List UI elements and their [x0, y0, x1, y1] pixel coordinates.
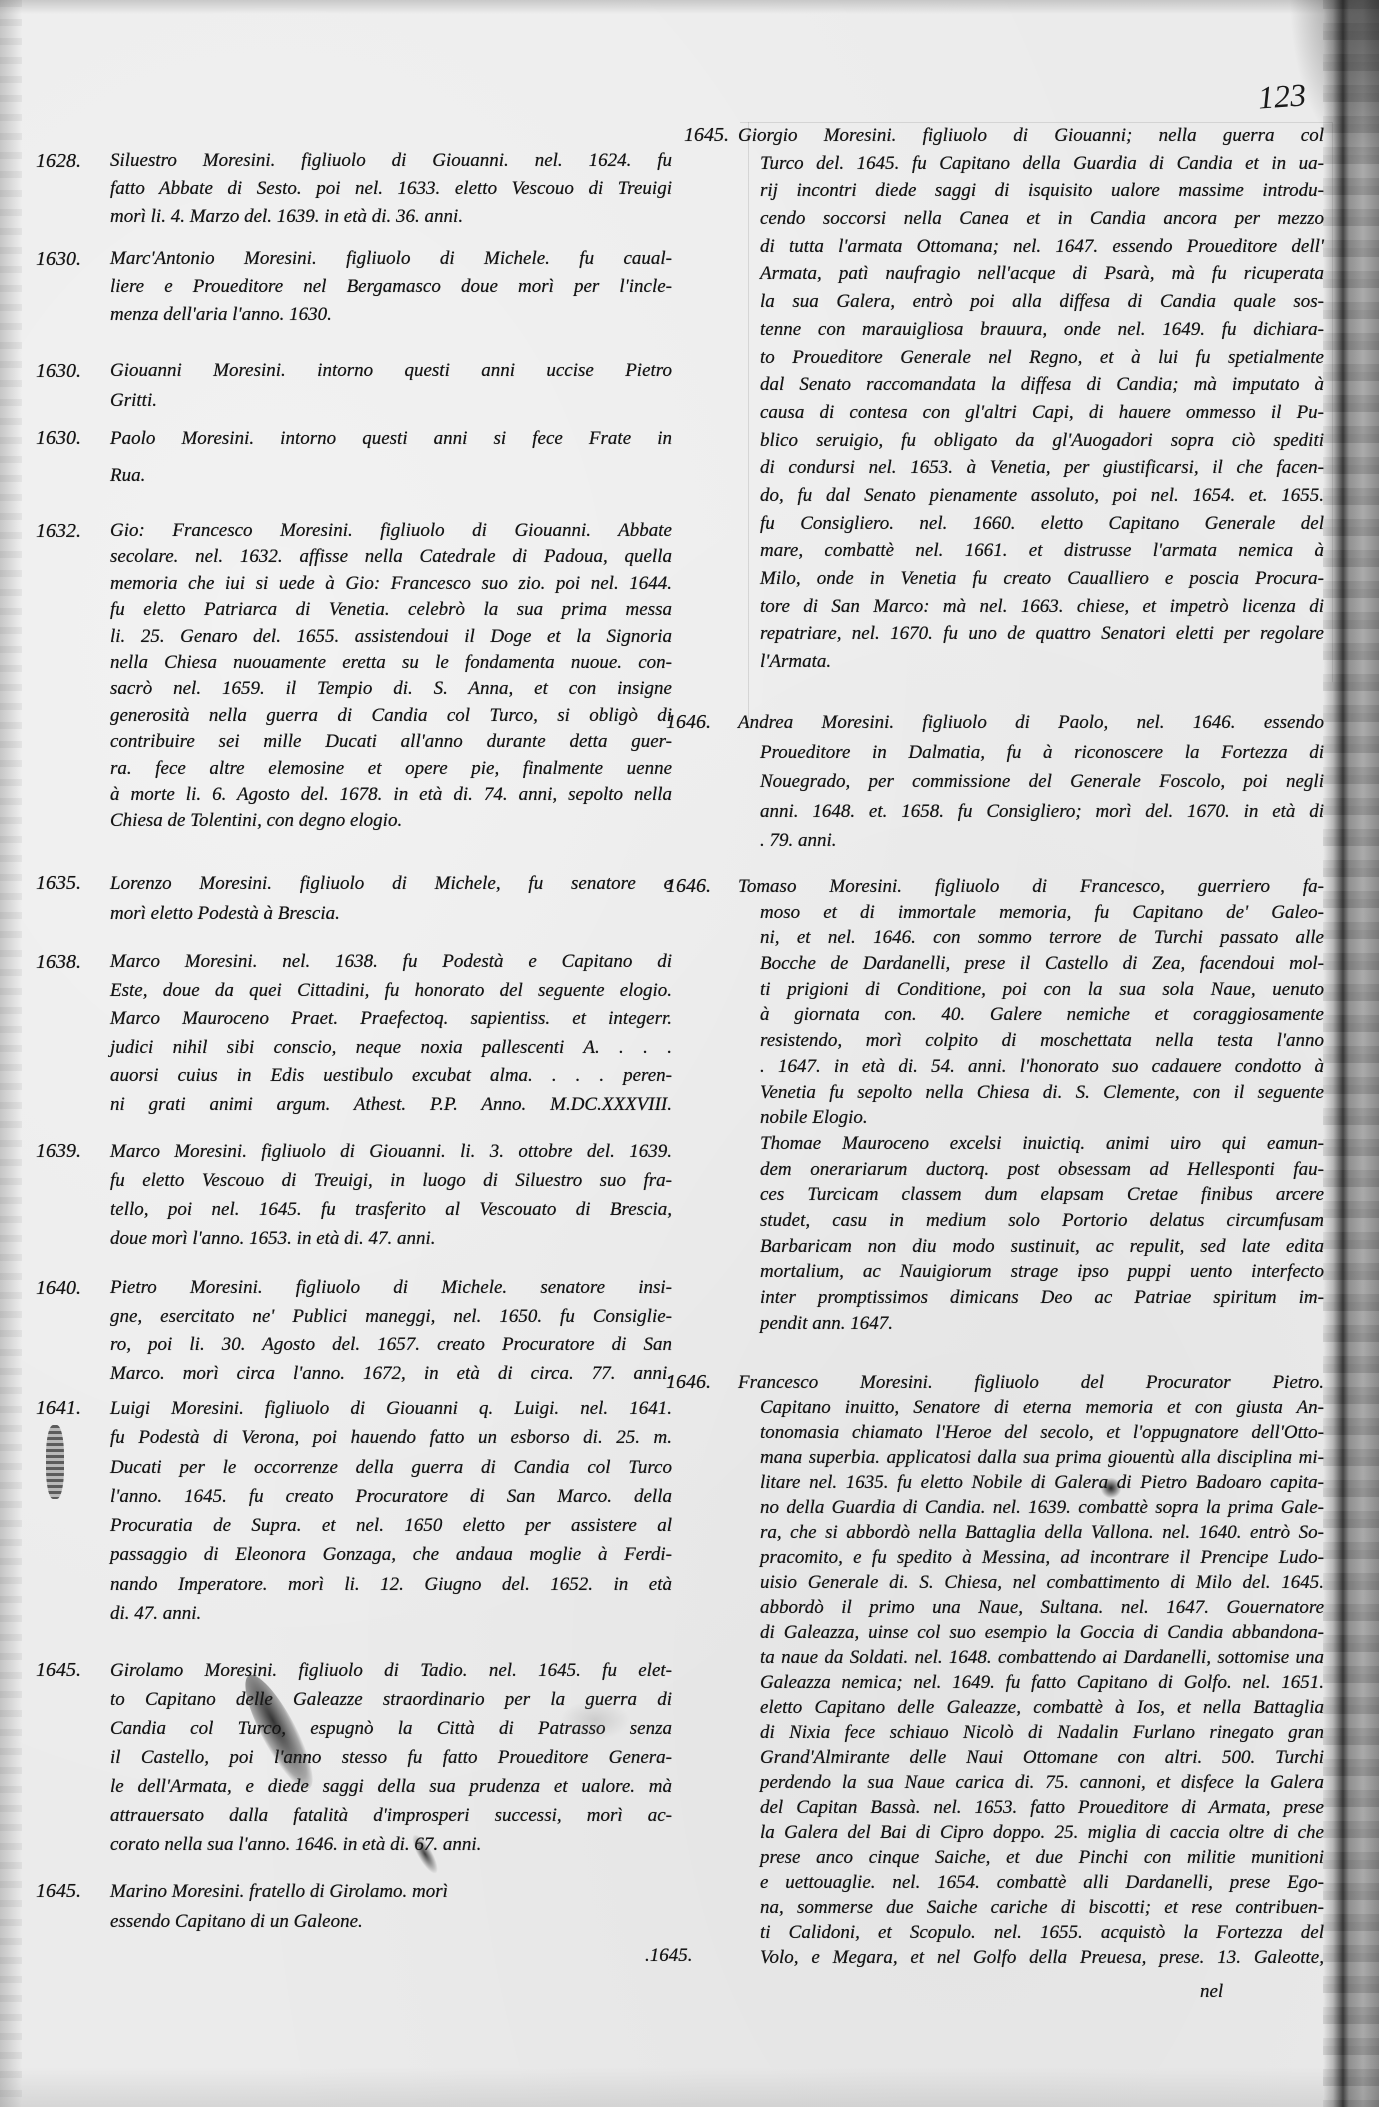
entry-line: gne, esercitato ne' Publici maneggi, nel…	[110, 1303, 672, 1332]
entry-1640-pietro-moresini: 1640. Pietro Moresini. figliuolo di Mich…	[110, 1274, 672, 1389]
paper-stain	[560, 1700, 630, 1740]
entry-line: eletto Capitano delle Galeazze, combattè…	[760, 1695, 1324, 1720]
entry-line: morì eletto Podestà à Brescia.	[110, 899, 672, 929]
entry-1641-luigi-moresini: 1641. Luigi Moresini. figliuolo di Gioua…	[110, 1394, 672, 1628]
entry-line: nobile Elogio.	[760, 1105, 1324, 1131]
entry-1635-lorenzo-moresini: 1635. Lorenzo Moresini. figliuolo di Mic…	[110, 869, 672, 928]
entry-line: Marc'Antonio Moresini. figliuolo di Mich…	[110, 245, 672, 273]
entry-line: Lorenzo Moresini. figliuolo di Michele, …	[110, 869, 672, 899]
entry-year: 1645.	[36, 1656, 81, 1685]
entry-year: 1646.	[666, 874, 711, 900]
entry-line: to Proueditore Generale nel Regno, et à …	[760, 344, 1324, 372]
catchword-right: nel	[1200, 1981, 1223, 2003]
entry-line: Armata, patì naufragio nell'acque di Psa…	[760, 260, 1324, 288]
entry-line: . 1647. in età di. 54. anni. l'honorato …	[760, 1054, 1324, 1080]
elogio-line: Marco Mauroceno Praet. Praefectoq. sapie…	[110, 1005, 672, 1034]
margin-ink-mark	[46, 1425, 64, 1499]
entry-line: Marco Moresini. figliuolo di Giouanni. l…	[110, 1137, 672, 1166]
entry-line: tello, poi nel. 1645. fu trasferito al V…	[110, 1195, 672, 1224]
entry-line: Siluestro Moresini. figliuolo di Giouann…	[110, 147, 672, 175]
entry-line: e uettouaglie. nel. 1654. combattè alli …	[760, 1870, 1324, 1895]
entry-line: fu Consigliero. nel. 1660. eletto Capita…	[760, 510, 1324, 538]
entry-line: liere e Proueditore nel Bergamasco doue …	[110, 273, 672, 301]
entry-1630-paolo-moresini: 1630. Paolo Moresini. intorno questi ann…	[110, 420, 672, 494]
entry-line: Marco Moresini. nel. 1638. fu Podestà e …	[110, 948, 672, 977]
entry-line: ti Calidoni, et Scopulo. nel. 1655. acqu…	[760, 1920, 1324, 1945]
entry-year: 1630.	[36, 356, 81, 386]
entry-year: 1638.	[36, 948, 81, 977]
entry-line: nando Imperatore. morì li. 12. Giugno de…	[110, 1570, 672, 1599]
page-number: 123	[1257, 76, 1307, 116]
entry-line: la Galera del Bai di Cipro doppo. 25. mi…	[760, 1820, 1324, 1845]
entry-line: litare nel. 1635. fu eletto Nobile di Ga…	[760, 1470, 1324, 1495]
entry-line: causa di contesa con gl'altri Capi, di h…	[760, 399, 1324, 427]
entry-line: Venetia fu sepolto nella Chiesa di. S. C…	[760, 1080, 1324, 1106]
entry-line: tore di San Marco: mà nel. 1663. chiese,…	[760, 593, 1324, 621]
entry-1630-giouanni-moresini: 1630. Giouanni Moresini. intorno questi …	[110, 356, 672, 416]
entry-year: 1646.	[666, 1370, 711, 1395]
entry-line: di condursi nel. 1653. à Venetia, per gi…	[760, 454, 1324, 482]
entry-line: ra, che si abbordò nella Battaglia della…	[760, 1520, 1324, 1545]
entry-line: Luigi Moresini. figliuolo di Giouanni q.…	[110, 1394, 672, 1423]
entry-year: 1635.	[36, 869, 81, 899]
entry-line: resistendo, morì colpito di moschettata …	[760, 1028, 1324, 1054]
entry-line: fu Podestà di Verona, poi hauendo fatto …	[110, 1423, 672, 1452]
entry-line: essendo Capitano di un Galeone.	[110, 1907, 672, 1937]
entry-line: doue morì l'anno. 1653. in età di. 47. a…	[110, 1224, 672, 1253]
entry-1646-andrea-moresini: 1646. Andrea Moresini. figliuolo di Paol…	[760, 708, 1324, 856]
entry-line: Proueditore in Dalmatia, fu à riconoscer…	[760, 738, 1324, 768]
entry-1639-marco-moresini: 1639. Marco Moresini. figliuolo di Gioua…	[110, 1137, 672, 1253]
entry-line: ta naue da Soldati. nel. 1648. combatten…	[760, 1645, 1324, 1670]
entry-line: Marco. morì circa l'anno. 1672, in età d…	[110, 1360, 672, 1389]
elogio-line: auorsi cuius in Edis uestibulo excubat a…	[110, 1062, 672, 1091]
entry-line: Grand'Almirante delle Naui Ottomane con …	[760, 1745, 1324, 1770]
entry-line: fatto Abbate di Sesto. poi nel. 1633. el…	[110, 175, 672, 203]
entry-line: attrauersato dalla fatalità d'improsperi…	[110, 1801, 672, 1830]
entry-line: Francesco Moresini. figliuolo del Procur…	[738, 1370, 1324, 1395]
catchword-left: .1645.	[645, 1945, 693, 1967]
entry-line: la sua Galera, entrò poi alla diffesa di…	[760, 288, 1324, 316]
entry-line: ti prigioni di Conditione, poi con la su…	[760, 977, 1324, 1003]
entry-line: dal Senato raccomandata la diffesa di Ca…	[760, 371, 1324, 399]
entry-line: tonomasia chiamato l'Heroe del secolo, e…	[760, 1420, 1324, 1445]
entry-line: le dell'Armata, e diede saggi della sua …	[110, 1772, 672, 1801]
entry-line: menza dell'aria l'anno. 1630.	[110, 301, 672, 329]
entry-line: Nouegrado, per commissione del Generale …	[760, 767, 1324, 797]
entry-line: Gio: Francesco Moresini. figliuolo di Gi…	[110, 518, 672, 544]
entry-line: Procuratia de Supra. et nel. 1650 eletto…	[110, 1511, 672, 1540]
entry-year: 1630.	[36, 245, 81, 273]
elogio-line: Thomae Mauroceno excelsi inuictiq. animi…	[760, 1131, 1324, 1157]
entry-line: Andrea Moresini. figliuolo di Paolo, nel…	[738, 708, 1324, 738]
entry-line: il Castello, poi l'anno stesso fu fatto …	[110, 1743, 672, 1772]
entry-line: ni, et nel. 1646. con sommo terrore de T…	[760, 925, 1324, 951]
entry-line: l'Armata.	[760, 648, 1324, 676]
entry-line: Giouanni Moresini. intorno questi anni u…	[110, 356, 672, 386]
entry-line: abbordò il primo una Naue, Sultana. nel.…	[760, 1595, 1324, 1620]
ruled-line-column-margin	[748, 122, 749, 722]
paper-edge-left	[0, 0, 22, 2107]
entry-line: anni. 1648. et. 1658. fu Consigliero; mo…	[760, 797, 1324, 827]
entry-line: Gritti.	[110, 386, 672, 416]
elogio-line: mortalium, ac Nauigiorum strage ipso pup…	[760, 1259, 1324, 1285]
entry-line: sacrò nel. 1659. il Tempio di. S. Anna, …	[110, 676, 672, 702]
entry-1645-giorgio-moresini: 1645. Giorgio Moresini. figliuolo di Gio…	[760, 122, 1324, 676]
entry-line: Rua.	[110, 457, 672, 494]
entry-year: 1645.	[684, 122, 729, 150]
entry-line: morì li. 4. Marzo del. 1639. in età di. …	[110, 203, 672, 231]
entry-line: Chiesa de Tolentini, con degno elogio.	[110, 808, 672, 834]
entry-line: memoria che iui si uede à Gio: Francesco…	[110, 571, 672, 597]
ruled-line-right-margin	[1332, 122, 1333, 682]
entry-line: moso et di immortale memoria, fu Capitan…	[760, 900, 1324, 926]
entry-line: di Galeazza, uinse col suo esempio la Go…	[760, 1620, 1324, 1645]
manuscript-page: 123 1628. Siluestro Moresini. figliuolo …	[0, 0, 1379, 2107]
entry-line: blico seruigio, fu obligato da gl'Auogad…	[760, 427, 1324, 455]
entry-line: Tomaso Moresini. figliuolo di Francesco,…	[738, 874, 1324, 900]
entry-year: 1630.	[36, 420, 81, 457]
entry-line: rij incontri diede saggi di isquisito ua…	[760, 177, 1324, 205]
entry-line: Girolamo Moresini. figliuolo di Tadio. n…	[110, 1656, 672, 1685]
entry-line: l'anno. 1645. fu creato Procuratore di S…	[110, 1482, 672, 1511]
entry-line: ro, poi li. 30. Agosto del. 1657. creato…	[110, 1331, 672, 1360]
entry-line: Pietro Moresini. figliuolo di Michele. s…	[110, 1274, 672, 1303]
entry-line: ra. fece altre elemosine et opere pie, f…	[110, 756, 672, 782]
elogio-line: judici nihil sibi conscio, neque noxia p…	[110, 1034, 672, 1063]
elogio-line: inter promptissimos dimicans Deo ac Patr…	[760, 1285, 1324, 1311]
entry-1645-marino-moresini: 1645. Marino Moresini. fratello di Girol…	[110, 1877, 672, 1936]
entry-line: cendo soccorsi nella Canea et in Candia …	[760, 205, 1324, 233]
entry-line: uisio Generale di. S. Chiesa, nel combat…	[760, 1570, 1324, 1595]
entry-1632-gio-francesco-moresini: 1632. Gio: Francesco Moresini. figliuolo…	[110, 518, 672, 835]
entry-line: del Capitan Bassà. nel. 1653. fatto Prou…	[760, 1795, 1324, 1820]
entry-line: di tutta l'armata Ottomana; nel. 1647. e…	[760, 233, 1324, 261]
entry-line: prese anco cinque Saiche, et due Pinchi …	[760, 1845, 1324, 1870]
entry-line: perdendo la sua Naue carica di. 75. cann…	[760, 1770, 1324, 1795]
elogio-line: studet, casu in medium solo Portorio del…	[760, 1208, 1324, 1234]
entry-year: 1645.	[36, 1877, 81, 1907]
entry-line: Volo, e Megara, et nel Golfo della Preue…	[760, 1945, 1324, 1970]
entry-line: contribuire sei mille Ducati all'anno du…	[110, 729, 672, 755]
entry-line: generosità nella guerra di Candia col Tu…	[110, 703, 672, 729]
entry-line: Este, doue da quei Cittadini, fu honorat…	[110, 977, 672, 1006]
entry-line: pracomito, e fu spedito à Messina, ad in…	[760, 1545, 1324, 1570]
entry-year: 1641.	[36, 1394, 81, 1423]
entry-line: di. 47. anni.	[110, 1599, 672, 1628]
elogio-line: pendit ann. 1647.	[760, 1311, 1324, 1337]
entry-line: à giornata con. 40. Galere nemiche et co…	[760, 1002, 1324, 1028]
entry-year: 1639.	[36, 1137, 81, 1166]
entry-line: . 79. anni.	[760, 826, 1324, 856]
entry-1638-marco-moresini: 1638. Marco Moresini. nel. 1638. fu Pode…	[110, 948, 672, 1119]
elogio-line: Barbaricam non diu modo sustinuit, ac re…	[760, 1234, 1324, 1260]
entry-line: mare, combattè nel. 1661. et distrusse l…	[760, 537, 1324, 565]
elogio-line: ni grati animi argum. Athest. P.P. Anno.…	[110, 1091, 672, 1120]
entry-line: repatriare, nel. 1670. fu uno de quattro…	[760, 620, 1324, 648]
entry-line: Giorgio Moresini. figliuolo di Giouanni;…	[738, 122, 1324, 150]
entry-line: do, fu dal Senato pienamente assoluto, p…	[760, 482, 1324, 510]
entry-line: Galeazza nemica; nel. 1649. fu fatto Cap…	[760, 1670, 1324, 1695]
elogio-line: ces Turcicam classem dum elapsam Cretae …	[760, 1182, 1324, 1208]
entry-1646-francesco-moresini: 1646. Francesco Moresini. figliuolo del …	[760, 1370, 1324, 1970]
entry-line: passaggio di Eleonora Gonzaga, che andau…	[110, 1540, 672, 1569]
entry-line: fu eletto Patriarca di Venetia. celebrò …	[110, 597, 672, 623]
entry-line: tenne con marauigliosa brauura, onde nel…	[760, 316, 1324, 344]
entry-line: corato nella sua l'anno. 1646. in età di…	[110, 1830, 672, 1859]
entry-year: 1646.	[666, 708, 711, 738]
entry-1645-girolamo-moresini: 1645. Girolamo Moresini. figliuolo di Ta…	[110, 1656, 672, 1859]
elogio-line: dem onerariarum ductorq. post obsessam a…	[760, 1157, 1324, 1183]
entry-line: Turco del. 1645. fu Capitano della Guard…	[760, 150, 1324, 178]
entry-1630-marcantonio-moresini: 1630. Marc'Antonio Moresini. figliuolo d…	[110, 245, 672, 329]
entry-year: 1628.	[36, 147, 81, 175]
entry-line: na, sommerse due Saiche cariche di bisco…	[760, 1895, 1324, 1920]
entry-line: di Nixia fece schiauo Nicolò di Nadalin …	[760, 1720, 1324, 1745]
entry-1646-tomaso-moresini: 1646. Tomaso Moresini. figliuolo di Fran…	[760, 874, 1324, 1336]
ink-blot	[1100, 1478, 1122, 1498]
entry-line: Marino Moresini. fratello di Girolamo. m…	[110, 1877, 672, 1907]
entry-1628-siluestro-moresini: 1628. Siluestro Moresini. figliuolo di G…	[110, 147, 672, 231]
entry-line: secolare. nel. 1632. affisse nella Cated…	[110, 544, 672, 570]
entry-line: Paolo Moresini. intorno questi anni si f…	[110, 420, 672, 457]
entry-line: Milo, onde in Venetia fu creato Cauallie…	[760, 565, 1324, 593]
entry-line: Ducati per le occorrenze della guerra di…	[110, 1453, 672, 1482]
entry-line: fu eletto Vescouo di Treuigi, in luogo d…	[110, 1166, 672, 1195]
entry-line: no della Guardia di Candia. nel. 1639. c…	[760, 1495, 1324, 1520]
entry-line: Capitano inuitto, Senatore di eterna mem…	[760, 1395, 1324, 1420]
paper-edge-bottom	[0, 2067, 1379, 2107]
entry-line: à morte li. 6. Agosto del. 1678. in età …	[110, 782, 672, 808]
entry-line: mana superbia. applicatosi dalla sua pri…	[760, 1445, 1324, 1470]
entry-year: 1632.	[36, 518, 81, 544]
paper-edge-top	[0, 0, 1379, 14]
entry-line: nella Chiesa nuouamente eretta su le fon…	[110, 650, 672, 676]
entry-line: Bocche de Dardanelli, prese il Castello …	[760, 951, 1324, 977]
entry-line: li. 25. Genaro del. 1655. assistendoui i…	[110, 624, 672, 650]
entry-year: 1640.	[36, 1274, 81, 1303]
